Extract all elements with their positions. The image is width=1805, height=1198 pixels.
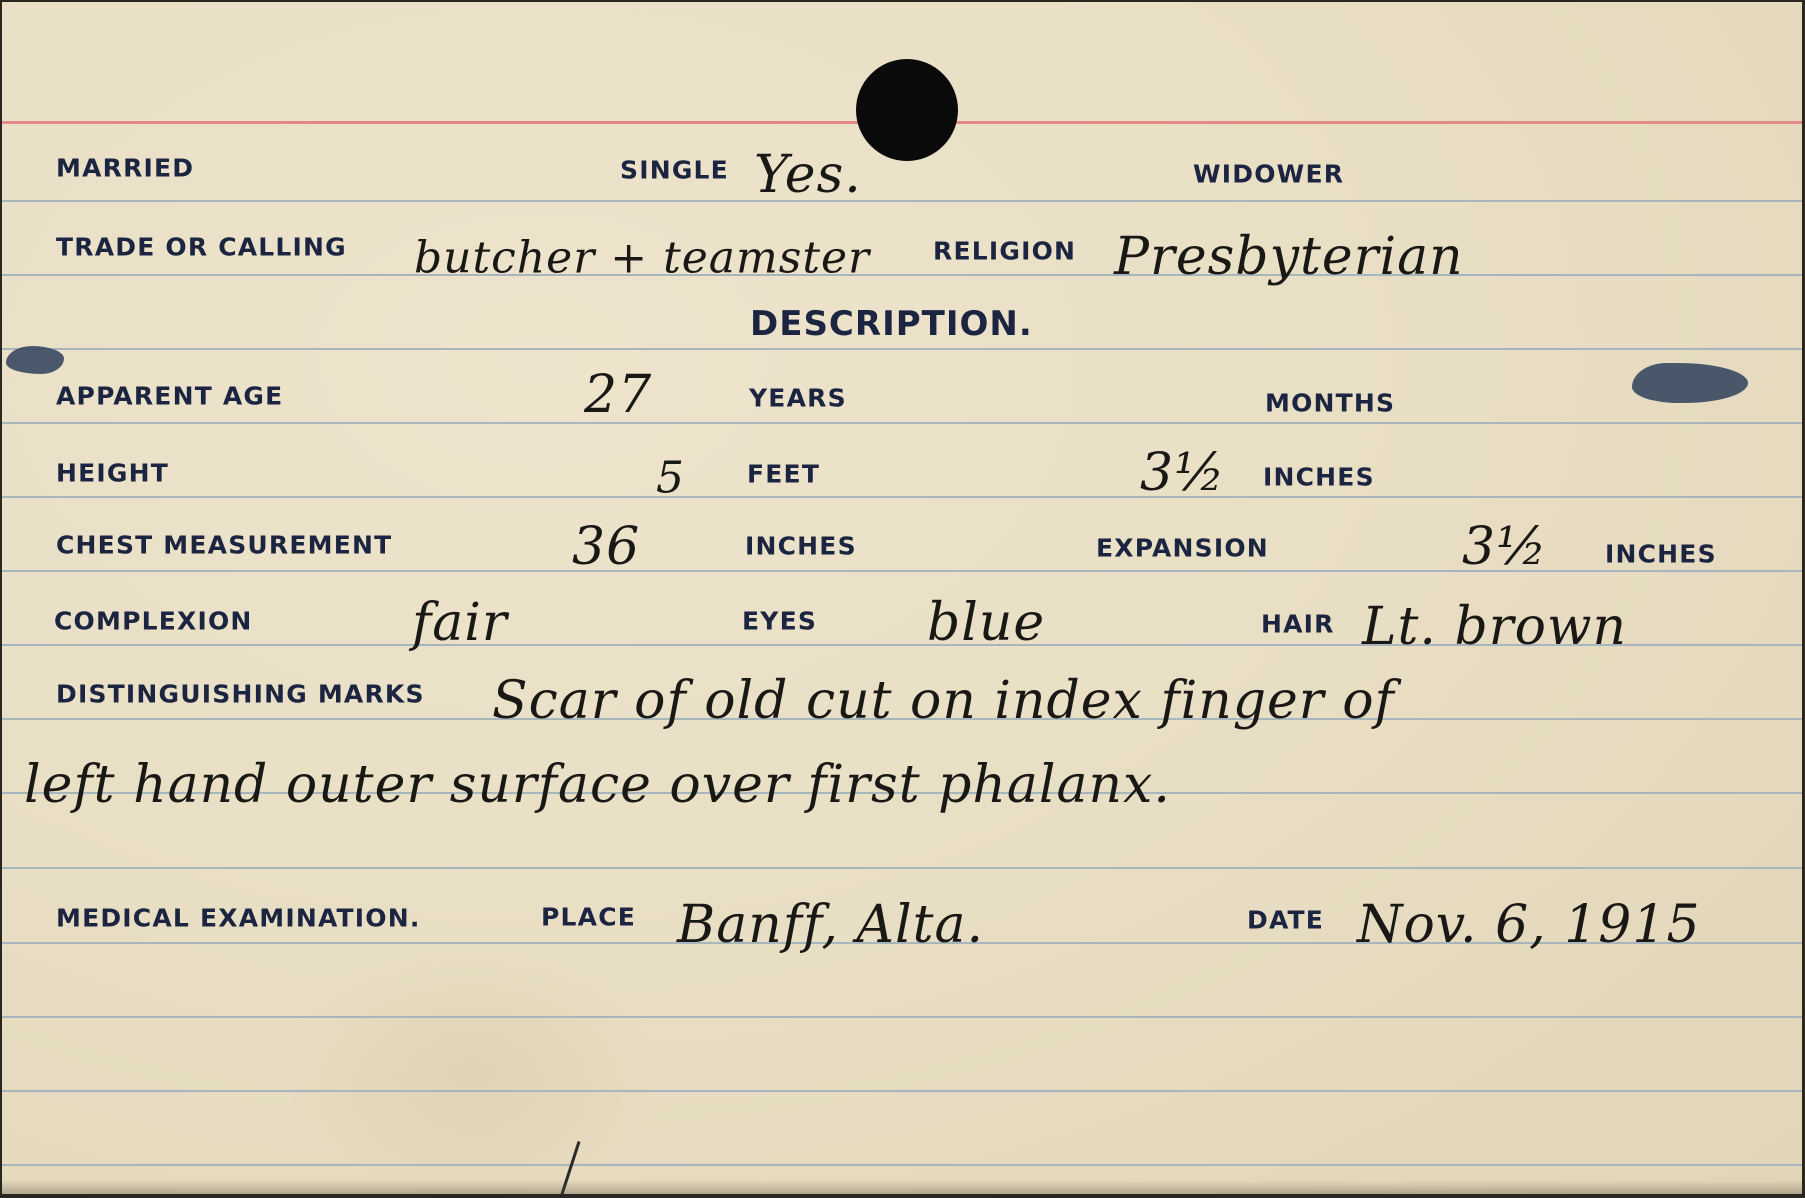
marks-value-line2: left hand outer surface over first phala… <box>24 755 1171 815</box>
place-value: Banff, Alta. <box>677 895 984 955</box>
blue-rule <box>2 1090 1802 1092</box>
attestation-card: MARRIED SINGLE Yes. WIDOWER TRADE OR CAL… <box>2 2 1802 1194</box>
blue-rule <box>2 867 1802 869</box>
height-feet-value: 5 <box>656 452 685 503</box>
blue-rule <box>2 422 1802 424</box>
expansion-value: 3½ <box>1462 517 1547 577</box>
blue-rule <box>2 496 1802 498</box>
feet-label: FEET <box>747 460 820 489</box>
chest-label: CHEST MEASUREMENT <box>56 531 392 560</box>
blue-rule <box>2 1164 1802 1166</box>
married-label: MARRIED <box>56 154 194 183</box>
years-label: YEARS <box>749 384 847 413</box>
chest-inches-label: INCHES <box>745 532 857 561</box>
trade-label: TRADE OR CALLING <box>56 233 347 262</box>
widower-label: WIDOWER <box>1193 160 1344 189</box>
eyes-label: EYES <box>742 607 817 636</box>
expansion-inches-label: INCHES <box>1605 540 1717 569</box>
expansion-label: EXPANSION <box>1096 534 1269 563</box>
hair-label: HAIR <box>1261 610 1335 639</box>
height-inches-value: 3½ <box>1140 443 1225 503</box>
religion-label: RELIGION <box>933 237 1076 266</box>
blue-rule <box>2 200 1802 202</box>
blue-rule <box>2 1016 1802 1018</box>
marks-label: DISTINGUISHING MARKS <box>56 680 425 709</box>
marks-value-line1: Scar of old cut on index finger of <box>492 671 1395 731</box>
ink-blot-left <box>6 346 64 374</box>
ink-blot-right <box>1632 363 1748 403</box>
apparent-age-label: APPARENT AGE <box>56 382 283 411</box>
eyes-value: blue <box>927 593 1045 653</box>
height-inches-label: INCHES <box>1263 463 1375 492</box>
date-value: Nov. 6, 1915 <box>1357 895 1701 955</box>
paper-stain <box>282 942 662 1194</box>
description-heading: DESCRIPTION. <box>750 304 1033 344</box>
complexion-value: fair <box>412 593 508 653</box>
blue-rule <box>2 274 1802 276</box>
single-value: Yes. <box>754 145 862 205</box>
medical-examination-label: MEDICAL EXAMINATION. <box>56 904 421 933</box>
height-label: HEIGHT <box>56 459 169 488</box>
place-label: PLACE <box>541 903 636 932</box>
apparent-age-value: 27 <box>584 365 652 425</box>
punch-hole <box>856 59 958 161</box>
trade-value: butcher + teamster <box>414 232 870 283</box>
blue-rule <box>2 348 1802 350</box>
complexion-label: COMPLEXION <box>54 607 253 636</box>
months-label: MONTHS <box>1265 389 1395 418</box>
single-label: SINGLE <box>620 156 729 185</box>
hair-value: Lt. brown <box>1362 597 1627 657</box>
chest-value: 36 <box>572 517 640 577</box>
religion-value: Presbyterian <box>1114 227 1464 287</box>
date-label: DATE <box>1247 906 1324 935</box>
